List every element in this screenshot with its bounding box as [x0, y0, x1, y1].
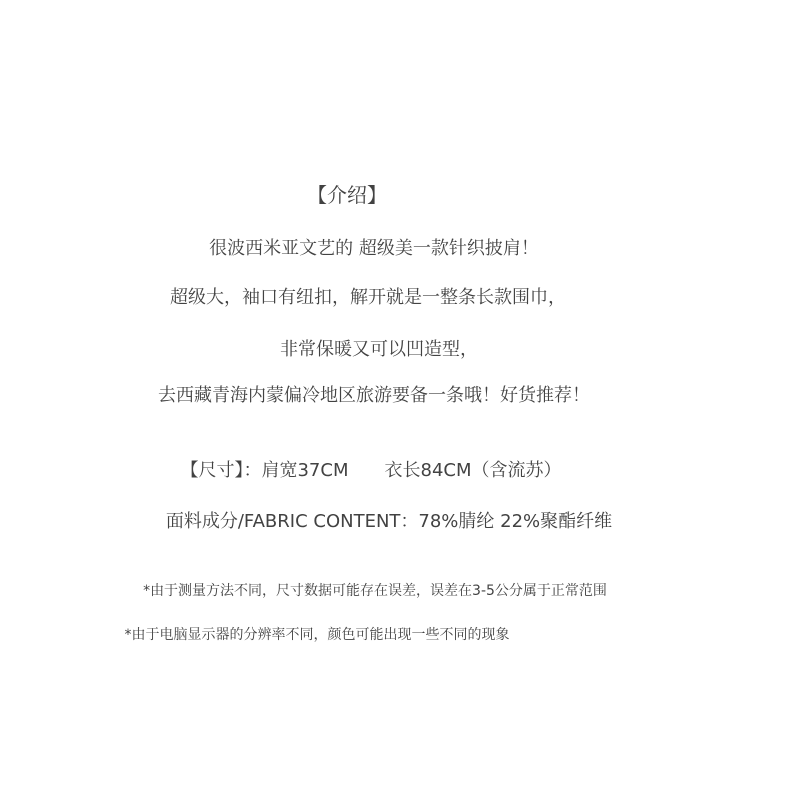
intro-line-warmth: 非常保暖又可以凹造型，	[0, 337, 774, 363]
intro-line-features: 超级大，袖口有纽扣，解开就是一整条长款围巾，	[0, 285, 763, 311]
size-garment-length: 衣长84CM（含流苏）	[385, 460, 562, 481]
fabric-content-line: 面料成分/FABRIC CONTENT：78%腈纶 22%聚酯纤维	[0, 509, 784, 535]
disclaimer-color-difference: *由于电脑显示器的分辨率不同，颜色可能出现一些不同的现象	[0, 625, 712, 645]
description-text-block: 【介绍】 很波西米亚文艺的 超级美一款针织披肩！ 超级大，袖口有纽扣，解开就是一…	[0, 0, 790, 645]
intro-section-title: 【介绍】	[0, 182, 742, 208]
size-shoulder-width: 肩宽37CM	[261, 460, 348, 481]
disclaimer-measurement-tolerance: *由于测量方法不同，尺寸数据可能存在误差，误差在3-5公分属于正常范围	[0, 581, 770, 601]
size-specification-line: 【尺寸】：肩宽37CM衣长84CM（含流苏）	[0, 458, 766, 484]
product-description-image: 【介绍】 很波西米亚文艺的 超级美一款针织披肩！ 超级大，袖口有纽扣，解开就是一…	[0, 0, 790, 790]
size-label: 【尺寸】：	[180, 460, 261, 481]
intro-line-travel-recommendation: 去西藏青海内蒙偏冷地区旅游要备一条哦！好货推荐！	[0, 383, 769, 409]
intro-line-style: 很波西米亚文艺的 超级美一款针织披肩！	[0, 236, 769, 262]
